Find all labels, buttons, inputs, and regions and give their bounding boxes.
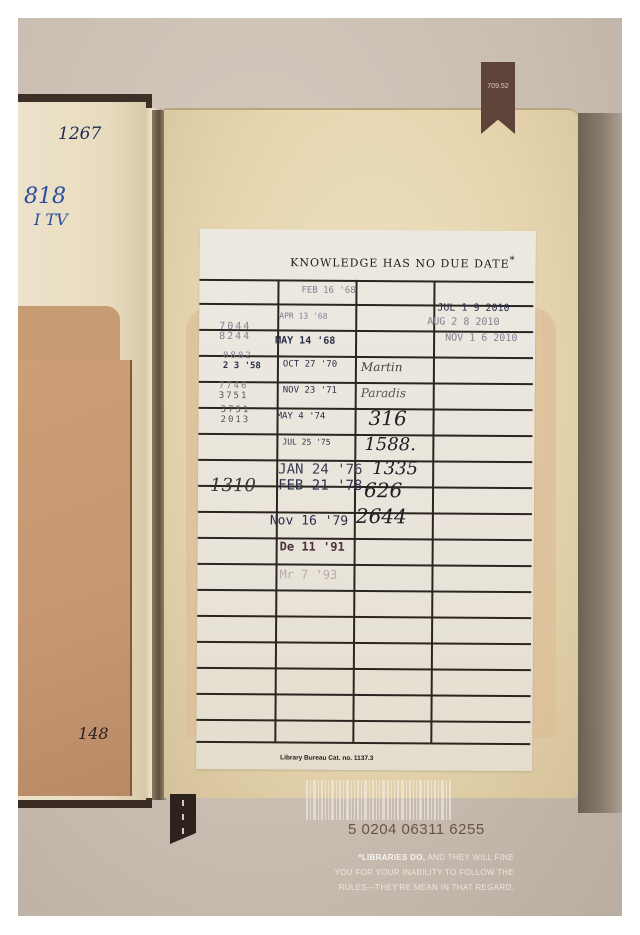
- note-top-number: 1267: [58, 124, 101, 144]
- call-number-2: I TV: [34, 210, 68, 229]
- barcode-number: 5 0204 06311 6255: [348, 821, 485, 838]
- due-stamp: MAY 4 '74: [277, 411, 326, 421]
- due-stamp: Mr 7 '93: [279, 567, 337, 581]
- card-pocket: 148: [18, 360, 130, 796]
- ad-tagline: *LIBRARIES DO, AND THEY WILL FINE YOU FO…: [294, 850, 514, 895]
- tagline-line1: AND THEY WILL FINE: [425, 853, 514, 862]
- borrower-number: 8244: [219, 331, 251, 342]
- bookmark-ribbon-bottom: [170, 794, 196, 844]
- due-stamp: FEB 21 '78: [278, 477, 362, 494]
- due-stamp: APR 13 '68: [279, 311, 327, 320]
- borrower-number: 1310: [210, 475, 256, 496]
- pocket-note: 148: [78, 724, 109, 743]
- borrower-signature: Martin: [361, 360, 403, 374]
- borrower-number: 7746: [219, 381, 249, 391]
- asterisk: *: [510, 255, 516, 266]
- due-date-grid: FEB 16 '68 APR 13 '68 MAY 14 '68 OCT 27 …: [196, 279, 533, 743]
- card-headline: KNOWLEDGE HAS NO DUE DATE*: [290, 253, 516, 270]
- due-stamp: Nov 16 '79: [270, 513, 348, 529]
- tagline-line2: YOU FOR YOUR INABILITY TO FOLLOW THE: [335, 868, 514, 877]
- barcode: [306, 780, 512, 820]
- handwritten-number: 1335: [372, 458, 418, 479]
- tagline-line3: RULES—THEY'RE MEAN IN THAT REGARD.: [339, 883, 514, 892]
- borrower-number: 2 3 '58: [223, 361, 261, 371]
- book-shadow: [578, 113, 622, 813]
- borrower-number: 0802: [223, 351, 253, 361]
- due-stamp: MAY 14 '68: [275, 335, 335, 346]
- borrower-number: 3751: [219, 391, 249, 401]
- library-due-date-card: KNOWLEDGE HAS NO DUE DATE* FEB 16: [196, 229, 536, 771]
- due-stamp: NOV 1 6 2010: [445, 333, 517, 345]
- borrower-number: 3751: [221, 405, 251, 415]
- due-stamp: De 11 '91: [280, 539, 345, 553]
- due-stamp: NOV 23 '71: [283, 385, 337, 395]
- library-ad-poster: 1267 818 I TV 148 KNOWLEDGE HAS NO DUE D…: [18, 18, 622, 916]
- handwritten-number: 1588.: [364, 434, 416, 455]
- handwritten-number: 316: [368, 406, 406, 430]
- card-headline-text: KNOWLEDGE HAS NO DUE DATE: [290, 256, 510, 271]
- borrower-number: 2013: [221, 415, 251, 425]
- handwritten-number: 626: [364, 478, 402, 502]
- due-stamp: FEB 16 '68: [301, 286, 355, 296]
- tagline-bold: LIBRARIES DO,: [362, 853, 425, 862]
- cover-bottom-edge: [18, 800, 152, 808]
- card-pocket-flap: [18, 306, 120, 366]
- due-stamp: JAN 24 '76: [278, 461, 362, 478]
- handwritten-number: 2644: [356, 504, 407, 528]
- due-stamp: JUL 1 9 2010: [437, 302, 509, 314]
- due-stamp: AUG 2 8 2010: [427, 316, 499, 328]
- card-catalog-number: Library Bureau Cat. no. 1137.3: [280, 754, 373, 762]
- borrower-signature: Paradis: [361, 386, 406, 400]
- call-number-1: 818: [24, 184, 66, 209]
- ribbon-call-number: 709.52: [481, 83, 515, 90]
- due-stamp: OCT 27 '70: [283, 359, 337, 369]
- due-stamp: JUL 25 '75: [282, 437, 330, 446]
